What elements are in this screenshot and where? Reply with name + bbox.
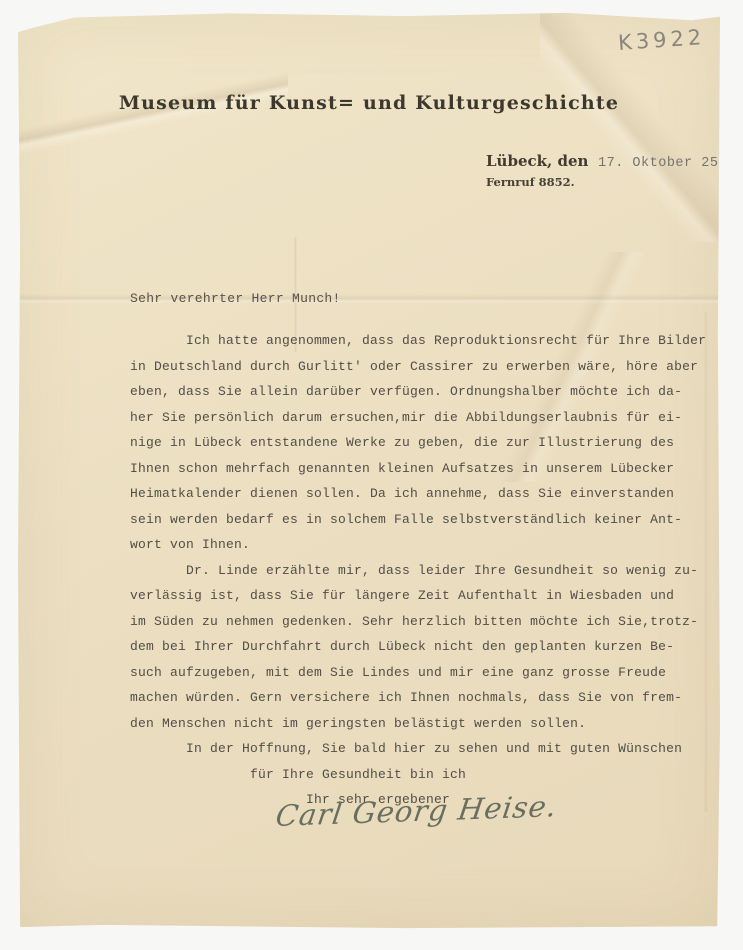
typed-line: such aufzugeben, mit dem Sie Lindes und … xyxy=(130,660,705,686)
typed-line: Dr. Linde erzählte mir, dass leider Ihre… xyxy=(130,558,705,584)
typed-line: in Deutschland durch Gurlitt' oder Cassi… xyxy=(130,354,705,380)
paragraph-2: Dr. Linde erzählte mir, dass leider Ihre… xyxy=(130,558,705,737)
typed-line: Ihnen schon mehrfach genannten kleinen A… xyxy=(130,456,705,482)
typed-line: wort von Ihnen. xyxy=(130,532,705,558)
letterhead-title: Museum für Kunst= und Kulturgeschichte xyxy=(18,92,720,114)
typed-line: In der Hoffnung, Sie bald hier zu sehen … xyxy=(130,736,705,762)
typed-line: Heimatkalender dienen sollen. Da ich ann… xyxy=(130,481,705,507)
letter-paper: K3922 Museum für Kunst= und Kulturgeschi… xyxy=(18,12,720,929)
letter-body: Ich hatte angenommen, dass das Reprodukt… xyxy=(130,328,705,813)
dateline-place: Lübeck, den xyxy=(486,152,588,170)
phone-number: Fernruf 8852. xyxy=(486,175,575,189)
dateline-date: 17. Oktober 25 xyxy=(598,156,718,171)
salutation: Sehr verehrter Herr Munch! xyxy=(130,291,341,306)
typed-line: den Menschen nicht im geringsten belästi… xyxy=(130,711,705,737)
catalog-number-pencil: K3922 xyxy=(617,25,706,55)
typed-line: Ich hatte angenommen, dass das Reprodukt… xyxy=(130,328,705,354)
typed-line: sein werden bedarf es in solchem Falle s… xyxy=(130,507,705,533)
typed-line: machen würden. Gern versichere ich Ihnen… xyxy=(130,685,705,711)
typed-line: dem bei Ihrer Durchfahrt durch Lübeck ni… xyxy=(130,634,705,660)
typed-line: für Ihre Gesundheit bin ich xyxy=(250,762,705,788)
dateline: Lübeck, den 17. Oktober 25 xyxy=(486,152,718,171)
paragraph-1: Ich hatte angenommen, dass das Reprodukt… xyxy=(130,328,705,558)
typed-line: her Sie persönlich darum ersuchen,mir di… xyxy=(130,405,705,431)
typed-line: im Süden zu nehmen gedenken. Sehr herzli… xyxy=(130,609,705,635)
typed-line: verlässig ist, dass Sie für längere Zeit… xyxy=(130,583,705,609)
paper-fold-line xyxy=(18,294,720,304)
scanned-letter-page: { "annotation": { "catalog_number": "K39… xyxy=(0,0,743,950)
typed-line: eben, dass Sie allein darüber verfügen. … xyxy=(130,379,705,405)
typed-line: nige in Lübeck entstandene Werke zu gebe… xyxy=(130,430,705,456)
